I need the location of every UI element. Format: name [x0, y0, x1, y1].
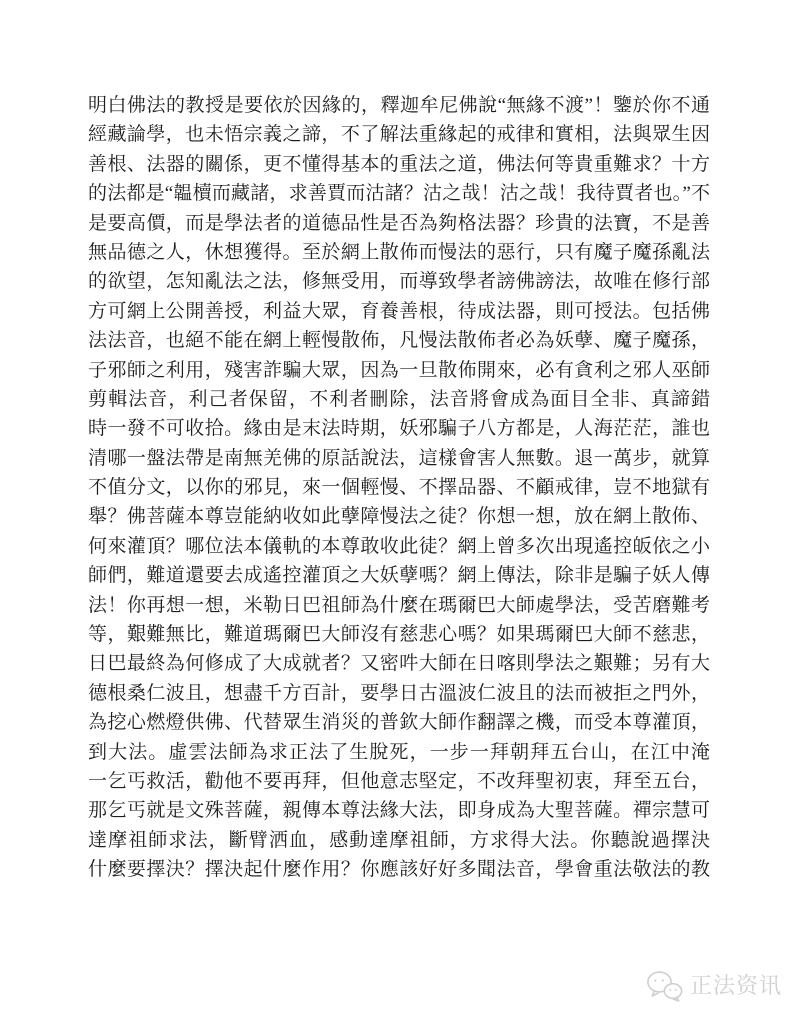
- text-line: 法！你再想一想，米勒日巴祖師為什麼在瑪爾巴大師處學法，受苦磨難考驗等: [88, 591, 710, 620]
- text-line: 時一發不可收拾。緣由是末法時期，妖邪騙子八方都是，人海茫茫，誰也分不: [88, 414, 710, 443]
- text-line: 子邪師之利用，殘害詐騙大眾，因為一旦散佈開來，必有貪利之邪人巫師借機: [88, 356, 710, 385]
- document-page: 明白佛法的教授是要依於因緣的，釋迦牟尼佛說“無緣不渡”！鑒於你不通經藏論學，也未…: [0, 0, 792, 1024]
- text-line: 師們，難道還要去成遙控灌頂之大妖孽嗎？網上傳法，除非是騙子妖人傳假佛: [88, 561, 710, 590]
- text-line: 達摩祖師求法，斷臂洒血，感動達摩祖師，方求得大法。你聽說過擇決吧？為: [88, 826, 710, 855]
- watermark-label: 正法资讯: [690, 975, 782, 997]
- wechat-icon: [646, 970, 683, 1002]
- article-body: 明白佛法的教授是要依於因緣的，釋迦牟尼佛說“無緣不渡”！鑒於你不通經藏論學，也未…: [88, 91, 710, 885]
- text-line: 不值分文，以你的邪見，來一個輕慢、不擇品器、不顧戒律，豈不地獄有份之: [88, 473, 710, 502]
- text-line: 是要高價，而是學法者的道德品性是否為夠格法器？珍貴的法寶，不是善類者、: [88, 209, 710, 238]
- text-line: 無品德之人，休想獲得。至於網上散佈而慢法的惡行，只有魔子魔孫亂法于眾: [88, 238, 710, 267]
- text-line: 的欲望，怎知亂法之法，修無受用，而導致學者謗佛謗法，故唯在修行部分，: [88, 267, 710, 296]
- text-line: 德根桑仁波且，想盡千方百計，要學日古溫波仁波且的法而被拒之門外，後借: [88, 679, 710, 708]
- watermark: 正法资讯: [646, 969, 782, 1003]
- text-line: 明白佛法的教授是要依於因緣的，釋迦牟尼佛說“無緣不渡”！鑒於你不通: [88, 91, 710, 120]
- text-line: 什麼要擇決？擇決起什麼作用？你應該好好多聞法音，學會重法敬法的教義: [88, 855, 710, 884]
- text-line: 日巴最終為何修成了大成就者？又密吽大師在日喀則學法之艱難；另有大聖: [88, 649, 710, 678]
- text-line: 一乞丐救活，勸他不要再拜，但他意志堅定，不改拜聖初衷，拜至五台，原來: [88, 767, 710, 796]
- text-line: 善根、法器的關係，更不懂得基本的重法之道，佛法何等貴重難求？十方諸佛: [88, 150, 710, 179]
- text-line: 剪輯法音，利己者保留，不利者刪除，法音將會成為面目全非、真諦錯亂，屆: [88, 385, 710, 414]
- text-line: 經藏論學，也未悟宗義之諦，不了解法重緣起的戒律和實相，法與眾生因果、: [88, 120, 710, 149]
- text-line: 到大法。虛雲法師為求正法了生脫死，一步一拜朝拜五台山，在江中淹死，被: [88, 738, 710, 767]
- text-line: 為挖心燃燈供佛、代替眾生消災的普欽大師作翻譯之機，而受本尊灌頂，才學: [88, 708, 710, 737]
- text-line: 那乞丐就是文殊菩薩，親傳本尊法緣大法，即身成為大聖菩薩。禪宗慧可為向: [88, 796, 710, 825]
- text-line: 方可網上公開善授，利益大眾，育養善根，待成法器，則可授法。包括佛陀說: [88, 297, 710, 326]
- text-line: 等，艱難無比，難道瑪爾巴大師沒有慈悲心嗎？如果瑪爾巴大師不慈悲，米勒: [88, 620, 710, 649]
- text-line: 清哪一盤法帶是南無羌佛的原話說法，這樣會害人無數。退一萬步，就算佛法: [88, 444, 710, 473]
- text-line: 的法都是“韞櫝而藏諸，求善賈而沽諸？沽之哉！沽之哉！我待賈者也。”不: [88, 179, 710, 208]
- text-line: 何來灌頂？哪位法本儀軌的本尊敢收此徒？網上曾多次出現遙控皈依之小妖: [88, 532, 710, 561]
- text-line: 舉？佛菩薩本尊豈能納收如此孽障慢法之徒？你想一想，放在網上散佈、傳播，: [88, 502, 710, 531]
- text-line: 法法音，也絕不能在網上輕慢散佈，凡慢法散佈者必為妖孽、魔子魔孫，或騙: [88, 326, 710, 355]
